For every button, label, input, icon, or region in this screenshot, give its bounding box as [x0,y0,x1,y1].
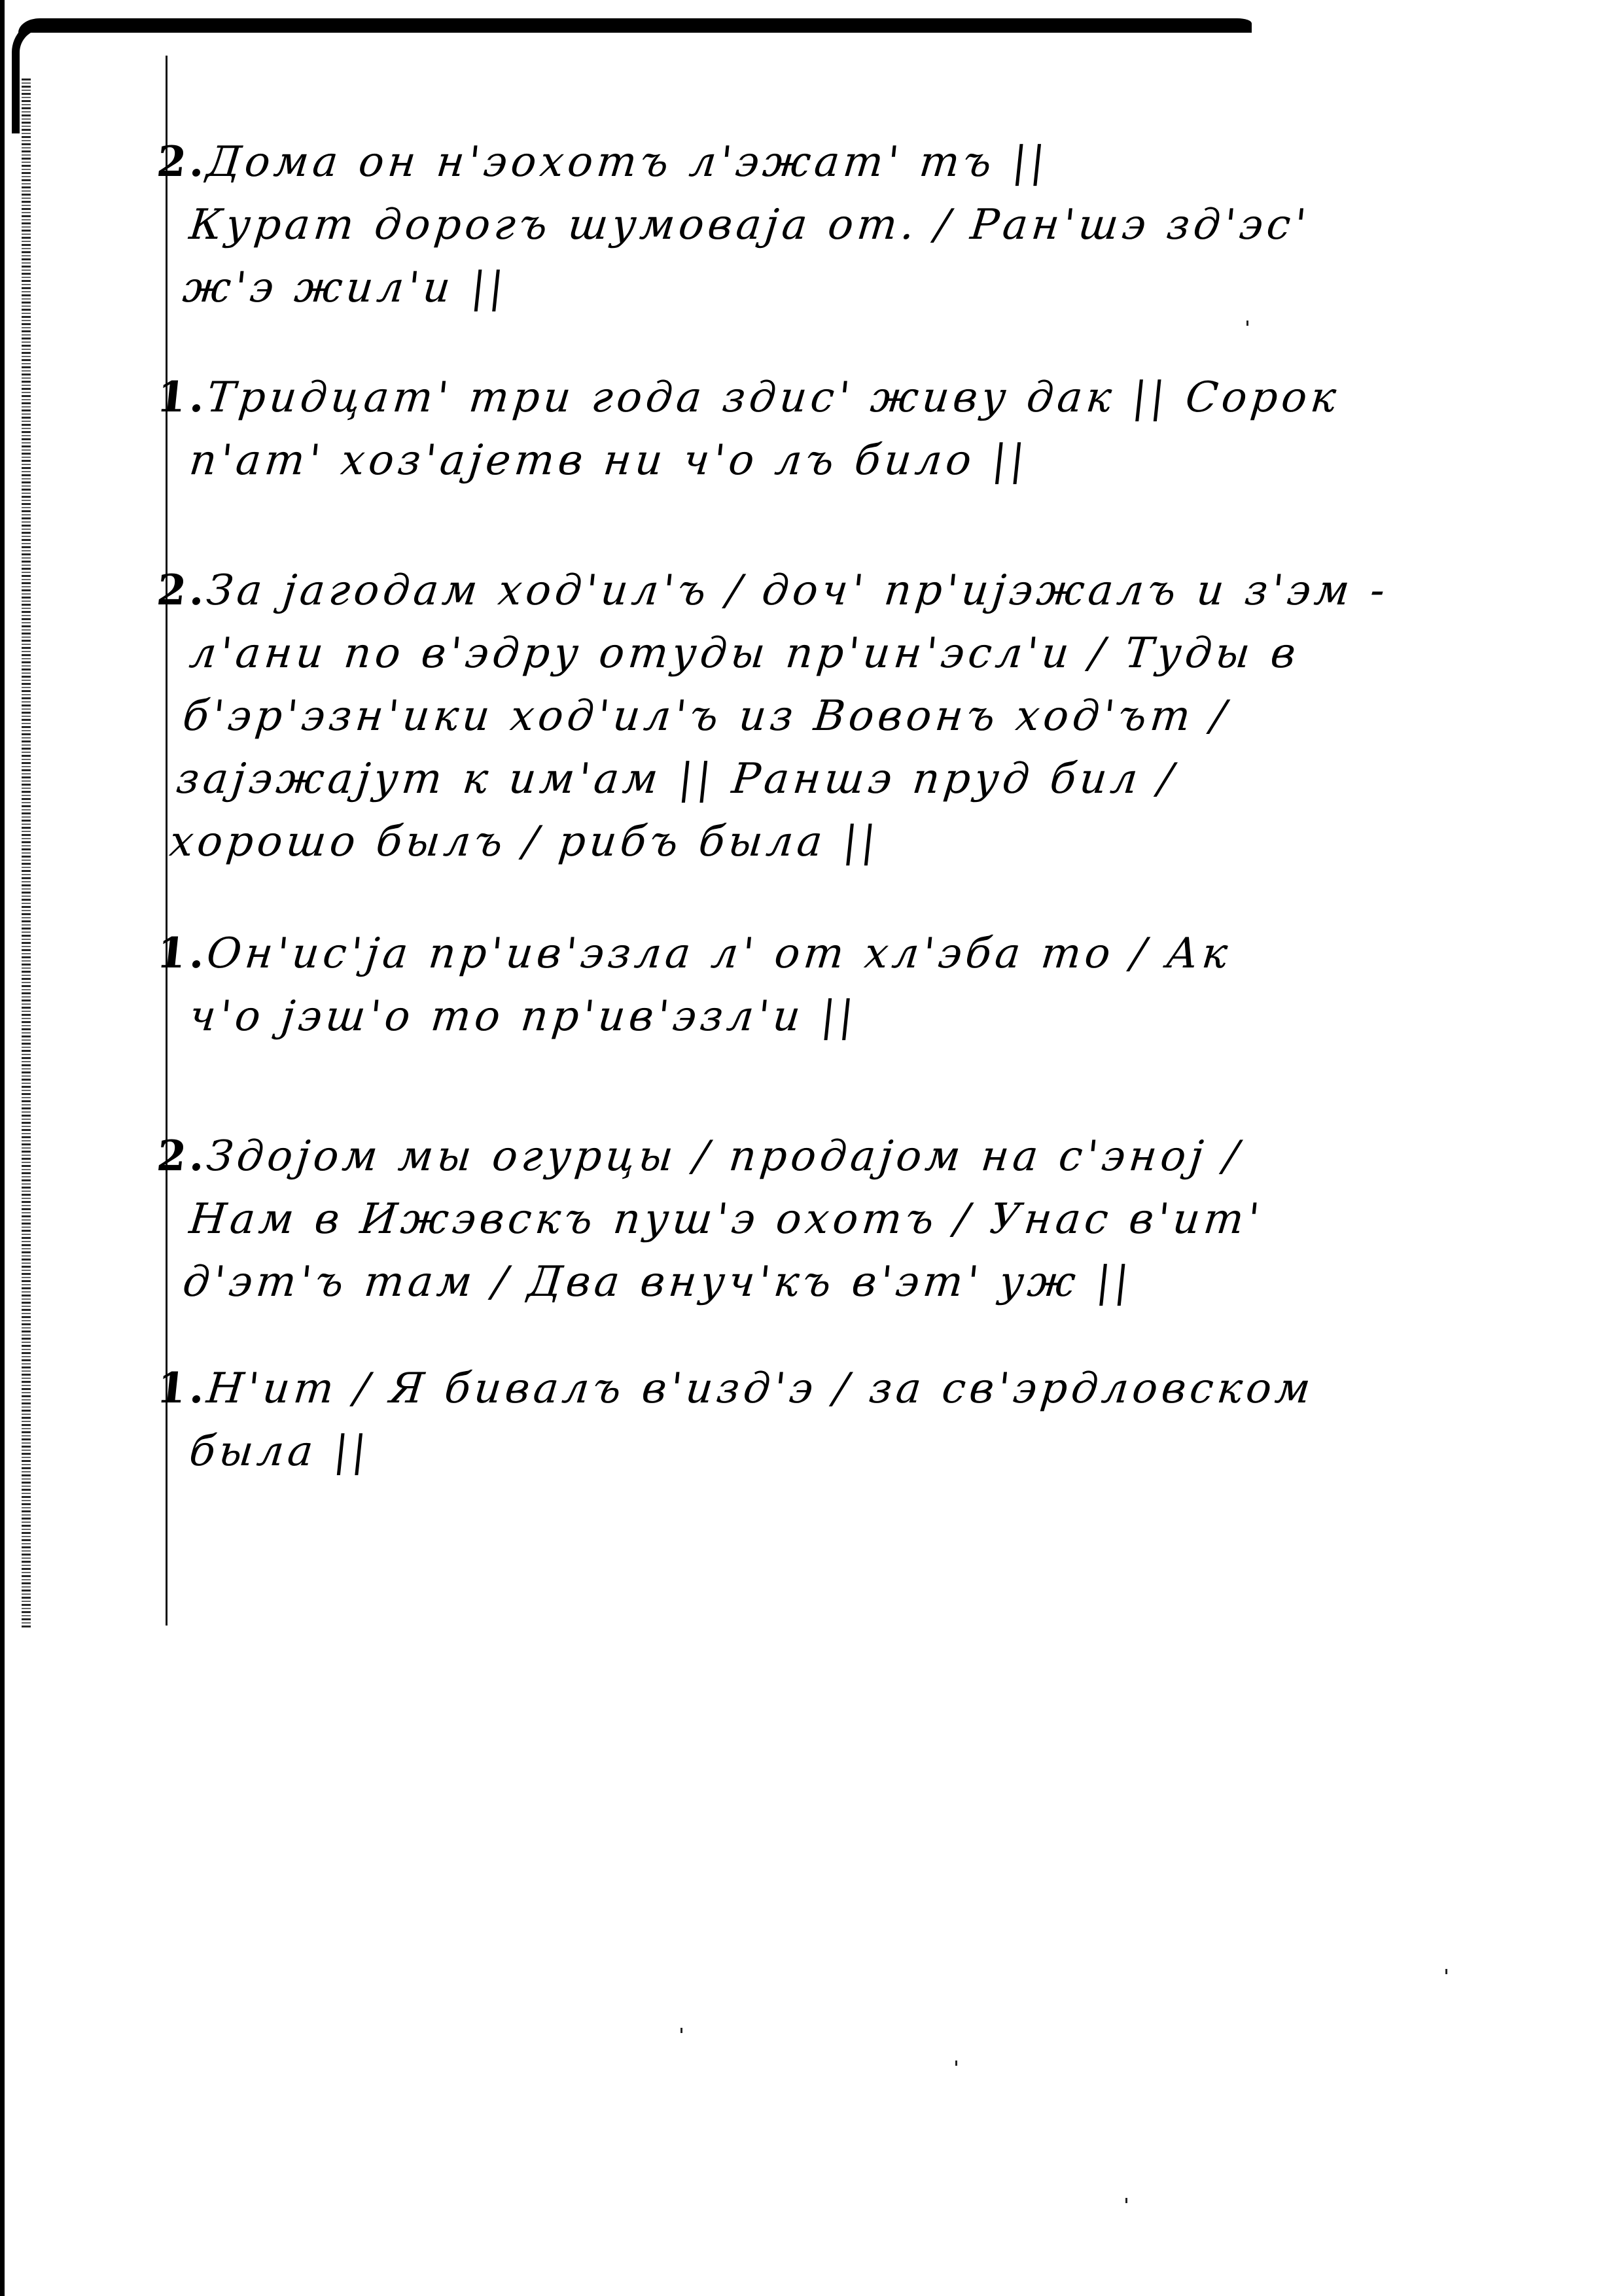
scan-speck [1445,1969,1447,1974]
entry-line: зајэжајут к им'ам || Раншэ пруд бил / [134,748,1372,810]
entry-line: была || [147,1420,1311,1483]
scan-speck [680,2028,682,2033]
entry-line: 2. Дома он н'эохотъ л'эжат' тъ || [154,131,1320,194]
notebook-top-border [18,18,1252,33]
entry-line: 1. Н'ит / Я бивалъ в'изд'э / за св'эрдло… [154,1357,1317,1420]
entry-line: 2. За јагодам ход'ил'ъ / доч' пр'ијэжалъ… [154,559,1392,622]
scan-left-edge [0,0,5,2296]
entry-line: 2. Здојом мы огурцы / продајом на с'эној… [154,1125,1273,1188]
entry-line: 1. Он'ис'ја пр'ив'эзла л' от хл'эба то /… [154,922,1235,985]
speaker-label: 2. [154,559,193,622]
scan-speck [1125,2198,1127,2203]
entry-1: 2. Дома он н'эохотъ л'эжат' тъ || Курат … [141,131,1320,319]
entry-2: 1. Тридцат' три года здис' живу дак || С… [147,366,1343,492]
utterance-text: Дома он н'эохотъ л'эжат' тъ || [204,138,1051,186]
entry-line: Нам в Ижэвскъ пуш'э охотъ / Унас в'ит' [147,1188,1266,1251]
entry-line: ч'о јэш'о то пр'ив'эзл'и || [147,985,1228,1048]
entry-3: 2. За јагодам ход'ил'ъ / доч' пр'ијэжалъ… [128,559,1392,873]
speaker-label: 2. [154,1125,193,1188]
entry-4: 1. Он'ис'ја пр'ив'эзла л' от хл'эба то /… [147,922,1235,1048]
notebook-binding-edge [22,78,31,1629]
scan-speck [955,2061,957,2066]
utterance-text: Он'ис'ја пр'ив'эзла л' от хл'эба то / Ак [204,930,1233,978]
entry-line: б'эр'эзн'ики ход'ил'ъ из Вовонъ ход'ът / [141,685,1379,748]
scan-speck [1246,321,1248,326]
speaker-label: 2. [154,131,193,194]
speaker-label: 1. [154,366,193,429]
entry-line: хорошо былъ / рибъ была || [128,810,1366,873]
entry-line: п'ат' хоз'ајетв ни ч'о лъ било || [147,429,1337,492]
entry-line: л'ани по в'эдру отуды пр'ин'эсл'и / Туды… [147,622,1385,685]
notebook-corner [12,20,46,133]
speaker-label: 1. [154,922,193,985]
speaker-label: 1. [154,1357,193,1420]
entry-5: 2. Здојом мы огурцы / продајом на с'эној… [141,1125,1273,1313]
entry-6: 1. Н'ит / Я бивалъ в'изд'э / за св'эрдло… [147,1357,1317,1483]
entry-line: ж'э жил'и || [141,256,1307,319]
entry-line: 1. Тридцат' три года здис' живу дак || С… [154,366,1343,429]
utterance-text: Н'ит / Я бивалъ в'изд'э / за св'эрдловск… [204,1365,1316,1413]
utterance-text: Здојом мы огурцы / продајом на с'эној / [204,1132,1245,1181]
utterance-text: Тридцат' три года здис' живу дак || Соро… [204,374,1342,422]
utterance-text: За јагодам ход'ил'ъ / доч' пр'ијэжалъ и … [204,566,1391,615]
entry-line: д'эт'ъ там / Два внуч'къ в'эт' уж || [141,1251,1260,1313]
entry-line: Курат дорогъ шумовајa от. / Ран'шэ зд'эс… [147,194,1313,256]
